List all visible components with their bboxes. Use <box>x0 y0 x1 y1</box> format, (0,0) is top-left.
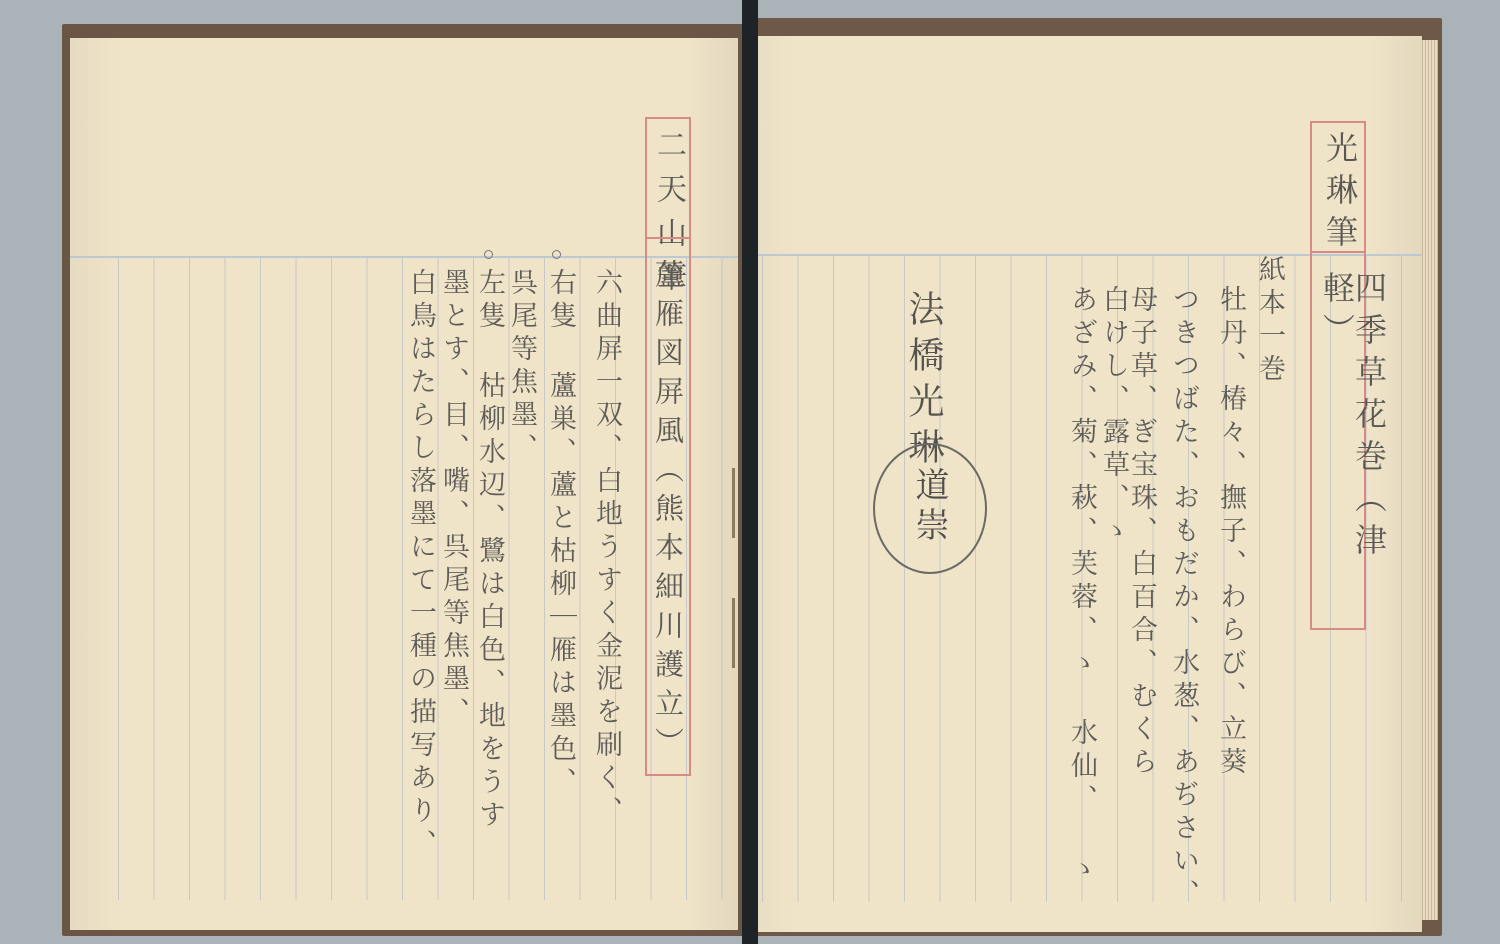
work-title: 四季草花巻（津軽） <box>1321 271 1385 628</box>
text-column: 紙本一巻 <box>1256 255 1283 387</box>
page-edges <box>1420 40 1438 920</box>
binding-stitch <box>732 598 735 668</box>
text-column: 白鳥はたらし落墨にて一種の描写あり、 <box>407 268 434 862</box>
text-column: 左隻 枯柳水辺、鷺は白色、地をうす <box>476 268 503 833</box>
text-column: 牡丹、椿々、撫子、わらび、立葵 <box>1217 285 1244 780</box>
bullet-circle <box>484 250 493 259</box>
bullet-circle <box>552 250 561 259</box>
title-box-divider <box>1312 251 1364 253</box>
text-column: 右隻 蘆巣、蘆と枯柳｜雁は墨色、 <box>547 268 574 800</box>
seal-circle: 道崇 <box>873 443 987 574</box>
text-column: つきつばた、おもだか、水葱、あぢさい、 <box>1170 285 1197 912</box>
left-page <box>70 38 738 930</box>
seal-text: 道崇 <box>905 467 954 547</box>
text-column: あざみ、菊、萩、芙蓉、ゝ 水仙、 ゝ <box>1068 285 1095 887</box>
text-column: 白けし、露草、ゝ <box>1100 285 1127 549</box>
entry-number: 二 <box>651 129 686 173</box>
artist-label: 光琳筆 <box>1316 123 1364 265</box>
text-column: 墨とす、目、嘴、呉尾等焦墨、 <box>440 268 467 730</box>
text-column: 呉尾等焦墨、 <box>508 268 535 466</box>
left-title-box: 二天山筆 蘆雁図屏風（熊本細川護立） <box>645 117 691 776</box>
text-column: 母子草、ぎ宝珠、白百合、むくら <box>1128 285 1155 780</box>
title-box-divider <box>647 237 689 239</box>
book-spine-gap <box>742 0 758 944</box>
right-title-box: 光琳筆 四季草花巻（津軽） <box>1310 121 1366 630</box>
text-column: 六曲屏一双、白地うすく金泥を刷く、 <box>593 268 620 829</box>
binding-stitch <box>732 468 735 538</box>
work-title: 蘆雁図屏風（熊本細川護立） <box>653 259 682 766</box>
